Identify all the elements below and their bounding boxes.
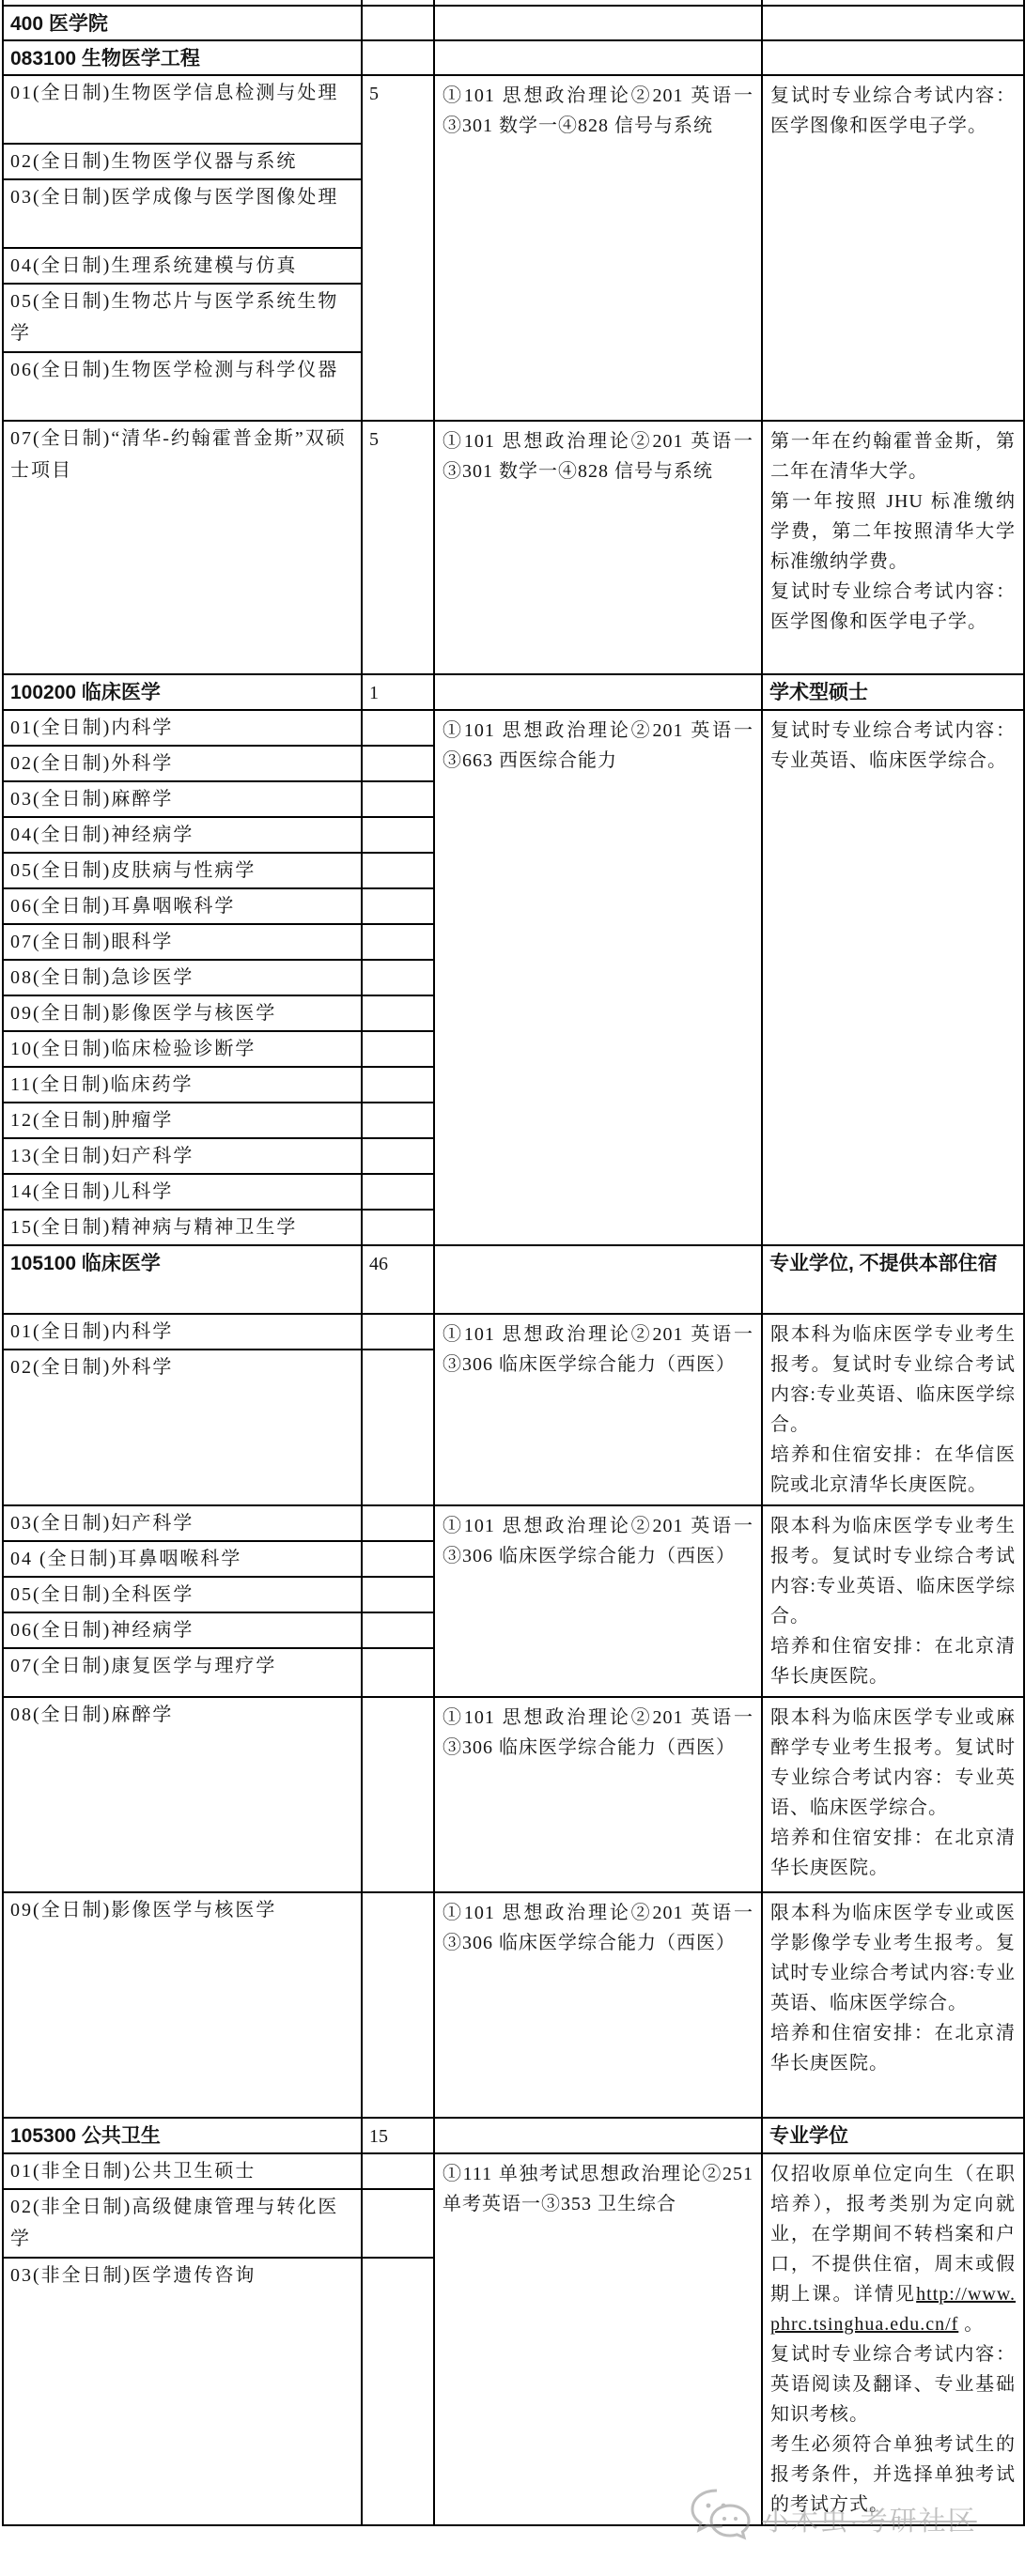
- cell-empty: [362, 710, 434, 746]
- note-line: 仅招收原单位定向生（在职培养），报考类别为定向就业，在学期间不转档案和户口，不提…: [770, 2159, 1016, 2339]
- cell-program: 01(全日制)生物医学信息检测与处理: [3, 75, 362, 144]
- note-line: 复试时专业综合考试内容：医学图像和医学电子学。: [770, 577, 1016, 637]
- table-row: 01(全日制)内科学 ①101 思想政治理论②201 英语一③663 西医综合能…: [3, 710, 1024, 746]
- cell-empty: [362, 2153, 434, 2189]
- cell-program: 04 (全日制)耳鼻咽喉科学: [3, 1541, 362, 1577]
- cell-program: 03(全日制)麻醉学: [3, 781, 362, 817]
- cell-empty: [434, 40, 762, 75]
- cell-quota: 5: [362, 421, 434, 674]
- cell-program: 12(全日制)肿瘤学: [3, 1103, 362, 1138]
- cell-empty: [434, 674, 762, 710]
- cell-program: 05(全日制)生物芯片与医学系统生物学: [3, 284, 362, 352]
- cell-empty: [362, 1067, 434, 1103]
- cell-empty: [362, 1892, 434, 2118]
- note-line: 限本科为临床医学专业或医学影像学专业考生报考。复试时专业综合考试内容:专业英语、…: [770, 1898, 1016, 2018]
- cell-section-header: 083100 生物医学工程: [3, 40, 362, 75]
- cell-program: 03(全日制)医学成像与医学图像处理: [3, 179, 362, 248]
- cell-program: 08(全日制)麻醉学: [3, 1697, 362, 1892]
- cell-empty: [362, 995, 434, 1031]
- cell-exam-subjects: ①101 思想政治理论②201 英语一③301 数学一④828 信号与系统: [434, 75, 762, 421]
- table-row: 03(全日制)妇产科学 ①101 思想政治理论②201 英语一③306 临床医学…: [3, 1505, 1024, 1541]
- cell-program: 06(全日制)神经病学: [3, 1612, 362, 1648]
- cell-quota: 5: [362, 75, 434, 421]
- cell-empty: [362, 1577, 434, 1612]
- cell-empty: [362, 746, 434, 781]
- cell-program: 06(全日制)耳鼻咽喉科学: [3, 888, 362, 924]
- cell-empty: [362, 1612, 434, 1648]
- cell-empty: [762, 6, 1024, 40]
- cell-empty: [362, 960, 434, 995]
- cell-notes: 复试时专业综合考试内容：专业英语、临床医学综合。: [762, 710, 1024, 1245]
- cell-program: 07(全日制)眼科学: [3, 924, 362, 960]
- cell-empty: [362, 40, 434, 75]
- table-row: 105300 公共卫生 15 专业学位: [3, 2118, 1024, 2153]
- cell-exam-subjects: ①111 单独考试思想政治理论②251 单考英语一③353 卫生综合: [434, 2153, 762, 2525]
- cell-exam-subjects: ①101 思想政治理论②201 英语一③306 临床医学综合能力（西医）: [434, 1697, 762, 1892]
- table-row: 083100 生物医学工程: [3, 40, 1024, 75]
- cell-program: 11(全日制)临床药学: [3, 1067, 362, 1103]
- note-line: 考生必须符合单独考试生的报考条件，并选择单独考试的考试方式。: [770, 2429, 1016, 2520]
- cell-program: 02(非全日制)高级健康管理与转化医学: [3, 2189, 362, 2258]
- cell-program: 02(全日制)外科学: [3, 1350, 362, 1505]
- note-line: 培养和住宿安排：在北京清华长庚医院。: [770, 1823, 1016, 1883]
- cell-program: 07(全日制)康复医学与理疗学: [3, 1648, 362, 1697]
- cell-empty: [362, 6, 434, 40]
- cell-program: 02(全日制)外科学: [3, 746, 362, 781]
- cell-empty: [362, 781, 434, 817]
- cell-empty: [362, 1103, 434, 1138]
- table-row: 100200 临床医学 1 学术型硕士: [3, 674, 1024, 710]
- cell-exam-subjects: ①101 思想政治理论②201 英语一③306 临床医学综合能力（西医）: [434, 1892, 762, 2118]
- cell-notes: 限本科为临床医学专业考生报考。复试时专业综合考试内容:专业英语、临床医学综合。 …: [762, 1505, 1024, 1697]
- cell-quota: 1: [362, 674, 434, 710]
- cell-empty: [362, 1031, 434, 1067]
- cell-empty: [434, 2118, 762, 2153]
- cell-empty: [762, 40, 1024, 75]
- note-line: 限本科为临床医学专业考生报考。复试时专业综合考试内容:专业英语、临床医学综合。: [770, 1319, 1016, 1440]
- cell-degree-type: 学术型硕士: [762, 674, 1024, 710]
- cell-notes: 第一年在约翰霍普金斯，第二年在清华大学。 第一年按照 JHU 标准缴纳学费，第二…: [762, 421, 1024, 674]
- cell-program: 05(全日制)皮肤病与性病学: [3, 853, 362, 888]
- cell-program: 08(全日制)急诊医学: [3, 960, 362, 995]
- cell-empty: [362, 2189, 434, 2258]
- note-line: 限本科为临床医学专业考生报考。复试时专业综合考试内容:专业英语、临床医学综合。: [770, 1511, 1016, 1631]
- note-text: 。: [958, 2314, 984, 2335]
- cell-notes: 限本科为临床医学专业或麻醉学专业考生报考。复试时专业综合考试内容：专业英语、临床…: [762, 1697, 1024, 1892]
- cell-empty: [362, 924, 434, 960]
- note-line: 培养和住宿安排：在华信医院或北京清华长庚医院。: [770, 1440, 1016, 1500]
- cell-quota: 15: [362, 2118, 434, 2153]
- cell-program: 02(全日制)生物医学仪器与系统: [3, 144, 362, 179]
- cell-program: 01(非全日制)公共卫生硕士: [3, 2153, 362, 2189]
- cell-notes: 复试时专业综合考试内容：医学图像和医学电子学。: [762, 75, 1024, 421]
- admissions-table: 400 医学院 083100 生物医学工程 01(全日制)生物医学信息检测与处理…: [2, 0, 1025, 2526]
- cell-exam-subjects: ①101 思想政治理论②201 英语一③306 临床医学综合能力（西医）: [434, 1314, 762, 1505]
- cell-empty: [362, 1697, 434, 1892]
- cell-empty: [362, 853, 434, 888]
- cell-program: 05(全日制)全科医学: [3, 1577, 362, 1612]
- table-row: 105100 临床医学 46 专业学位, 不提供本部住宿: [3, 1245, 1024, 1314]
- table-row: 08(全日制)麻醉学 ①101 思想政治理论②201 英语一③306 临床医学综…: [3, 1697, 1024, 1892]
- cell-program: 03(非全日制)医学遗传咨询: [3, 2258, 362, 2525]
- cell-exam-subjects: ①101 思想政治理论②201 英语一③301 数学一④828 信号与系统: [434, 421, 762, 674]
- cell-empty: [362, 1138, 434, 1174]
- cell-program: 03(全日制)妇产科学: [3, 1505, 362, 1541]
- cell-empty: [362, 1314, 434, 1350]
- table-row: 400 医学院: [3, 6, 1024, 40]
- cell-degree-type: 专业学位: [762, 2118, 1024, 2153]
- cell-degree-type: 专业学位, 不提供本部住宿: [762, 1245, 1024, 1314]
- cell-program: 14(全日制)儿科学: [3, 1174, 362, 1210]
- cell-quota: 46: [362, 1245, 434, 1314]
- cell-section-header: 100200 临床医学: [3, 674, 362, 710]
- cell-program: 06(全日制)生物医学检测与科学仪器: [3, 352, 362, 421]
- cell-program: 09(全日制)影像医学与核医学: [3, 1892, 362, 2118]
- cell-program: 13(全日制)妇产科学: [3, 1138, 362, 1174]
- cell-empty: [362, 1505, 434, 1541]
- cell-program: 09(全日制)影像医学与核医学: [3, 995, 362, 1031]
- cell-program: 04(全日制)生理系统建模与仿真: [3, 248, 362, 284]
- cell-empty: [362, 1541, 434, 1577]
- cell-program: 04(全日制)神经病学: [3, 817, 362, 853]
- note-line: 培养和住宿安排：在北京清华长庚医院。: [770, 1631, 1016, 1691]
- table-row: 09(全日制)影像医学与核医学 ①101 思想政治理论②201 英语一③306 …: [3, 1892, 1024, 2118]
- cell-empty: [362, 1174, 434, 1210]
- table-row: 01(全日制)内科学 ①101 思想政治理论②201 英语一③306 临床医学综…: [3, 1314, 1024, 1350]
- note-line: 培养和住宿安排：在北京清华长庚医院。: [770, 2018, 1016, 2078]
- cell-notes: 仅招收原单位定向生（在职培养），报考类别为定向就业，在学期间不转档案和户口，不提…: [762, 2153, 1024, 2525]
- table-row: 01(非全日制)公共卫生硕士 ①111 单独考试思想政治理论②251 单考英语一…: [3, 2153, 1024, 2189]
- cell-empty: [362, 2258, 434, 2525]
- cell-empty: [362, 1210, 434, 1245]
- cell-empty: [362, 1350, 434, 1505]
- cell-section-header: 105300 公共卫生: [3, 2118, 362, 2153]
- cell-exam-subjects: ①101 思想政治理论②201 英语一③663 西医综合能力: [434, 710, 762, 1245]
- cell-notes: 限本科为临床医学专业或医学影像学专业考生报考。复试时专业综合考试内容:专业英语、…: [762, 1892, 1024, 2118]
- cell-program: 07(全日制)“清华-约翰霍普金斯”双硕士项目: [3, 421, 362, 674]
- cell-notes: 限本科为临床医学专业考生报考。复试时专业综合考试内容:专业英语、临床医学综合。 …: [762, 1314, 1024, 1505]
- cell-empty: [362, 888, 434, 924]
- cell-empty: [362, 1648, 434, 1697]
- cell-program: 01(全日制)内科学: [3, 1314, 362, 1350]
- note-line: 复试时专业综合考试内容：英语阅读及翻译、专业基础知识考核。: [770, 2339, 1016, 2429]
- cell-section-header: 400 医学院: [3, 6, 362, 40]
- cell-program: 01(全日制)内科学: [3, 710, 362, 746]
- note-line: 限本科为临床医学专业或麻醉学专业考生报考。复试时专业综合考试内容：专业英语、临床…: [770, 1703, 1016, 1823]
- note-line: 第一年在约翰霍普金斯，第二年在清华大学。: [770, 426, 1016, 486]
- cell-empty: [434, 6, 762, 40]
- cell-empty: [434, 1245, 762, 1314]
- cell-program: 15(全日制)精神病与精神卫生学: [3, 1210, 362, 1245]
- cell-program: 10(全日制)临床检验诊断学: [3, 1031, 362, 1067]
- cell-exam-subjects: ①101 思想政治理论②201 英语一③306 临床医学综合能力（西医）: [434, 1505, 762, 1697]
- table-row: 07(全日制)“清华-约翰霍普金斯”双硕士项目 5 ①101 思想政治理论②20…: [3, 421, 1024, 674]
- note-line: 第一年按照 JHU 标准缴纳学费，第二年按照清华大学标准缴纳学费。: [770, 486, 1016, 577]
- table-row: 01(全日制)生物医学信息检测与处理 5 ①101 思想政治理论②201 英语一…: [3, 75, 1024, 144]
- cell-empty: [362, 817, 434, 853]
- cell-section-header: 105100 临床医学: [3, 1245, 362, 1314]
